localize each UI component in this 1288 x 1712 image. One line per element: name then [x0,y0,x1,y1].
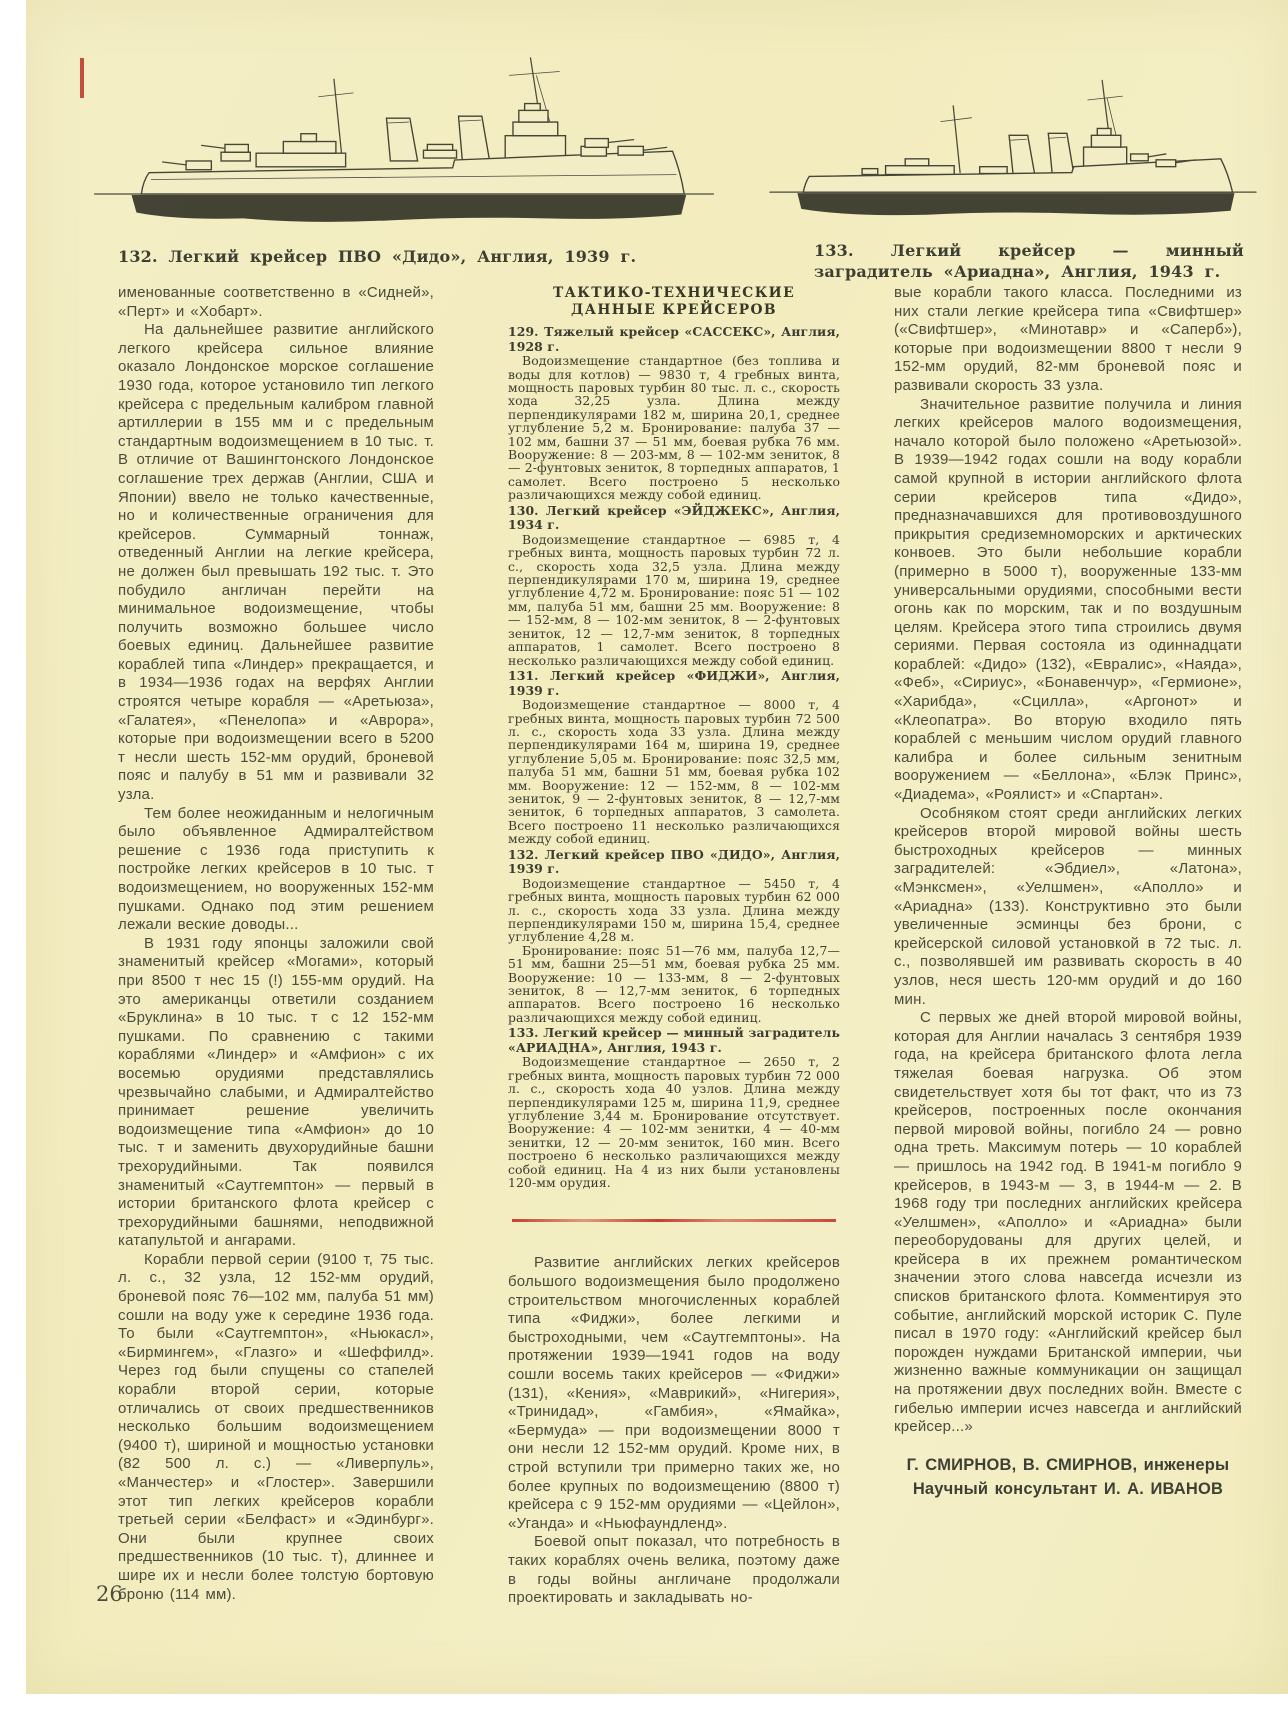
spec-entry-title-132: 132. Легкий крейсер ПВО «ДИДО», Англия, … [508,848,840,877]
paragraph: Тем более неожиданным и нелогичным было … [118,805,434,935]
spec-entry-body-131: Водоизмещение стандартное — 8000 т, 4 гр… [508,698,840,845]
paragraph: С первых же дней второй мировой войны, к… [894,1009,1242,1437]
spec-entry-body-129: Водоизмещение стандартное (без топлива и… [508,354,840,501]
paragraph: Значительное развитие получила и линия л… [894,396,1242,805]
authors-line: Г. СМИРНОВ, В. СМИРНОВ, инженеры [894,1453,1242,1477]
spec-entry-body-132: Водоизмещение стандартное — 5450 т, 4 гр… [508,877,840,944]
specs-section: ТАКТИКО-ТЕХНИЧЕСКИЕ ДАННЫЕ КРЕЙСЕРОВ 129… [508,285,840,1189]
spec-entry-body-133: Водоизмещение стандартное — 2650 т, 2 гр… [508,1055,840,1189]
figure-caption-133: 133. Легкий крейсер — минный заградитель… [814,240,1244,282]
paragraph: Особняком стоят среди английских легких … [894,805,1242,1010]
text-column-1: именованные соответственно в «Сидней», «… [118,284,434,1604]
authors-signature: Г. СМИРНОВ, В. СМИРНОВ, инженеры Научный… [894,1453,1242,1501]
text-column-3: вые корабли такого класса. Последними из… [894,284,1242,1501]
specs-heading-line2: ДАННЫЕ КРЕЙСЕРОВ [508,302,840,319]
figure-132: 132. Легкий крейсер ПВО «Дидо», Англия, … [84,52,734,267]
ship-drawing-minelayer-ariadne [768,72,1258,230]
section-divider [512,1219,836,1222]
consultant-line: Научный консультант И. А. ИВАНОВ [894,1477,1242,1501]
spec-entry-title-131: 131. Легкий крейсер «ФИДЖИ», Англия, 193… [508,669,840,698]
page-number: 26 [96,1582,123,1606]
ship-drawing-cruiser-dido [84,52,724,232]
spec-entry-body-130: Водоизмещение стандартное — 6985 т, 4 гр… [508,533,840,667]
paragraph: В 1931 году японцы заложили свой знамени… [118,935,434,1251]
magazine-page: 132. Легкий крейсер ПВО «Дидо», Англия, … [26,0,1288,1694]
paragraph: Развитие английских легких крейсеров бол… [508,1254,840,1533]
paragraph: вые корабли такого класса. Последними из… [894,284,1242,396]
paragraph: Боевой опыт показал, что потребность в т… [508,1533,840,1607]
text-column-2: ТАКТИКО-ТЕХНИЧЕСКИЕ ДАННЫЕ КРЕЙСЕРОВ 129… [508,283,840,1608]
paragraph: На дальнейшее развитие английского легко… [118,321,434,804]
paragraph: именованные соответственно в «Сидней», «… [118,284,434,321]
specs-heading: ТАКТИКО-ТЕХНИЧЕСКИЕ ДАННЫЕ КРЕЙСЕРОВ [508,285,840,319]
specs-heading-line1: ТАКТИКО-ТЕХНИЧЕСКИЕ [508,285,840,302]
spec-entry-body2-132: Бронирование: пояс 51—76 мм, палуба 12,7… [508,944,840,1024]
figure-caption-132: 132. Легкий крейсер ПВО «Дидо», Англия, … [118,246,658,267]
figure-133: 133. Легкий крейсер — минный заградитель… [768,72,1248,282]
paragraph: Корабли первой серии (9100 т, 75 тыс. л.… [118,1251,434,1604]
spec-entry-title-129: 129. Тяжелый крейсер «САССЕКС», Англия, … [508,325,840,354]
spec-entry-title-130: 130. Легкий крейсер «ЭЙДЖЕКС», Англия, 1… [508,504,840,533]
spec-entry-title-133: 133. Легкий крейсер — минный заградитель… [508,1026,840,1055]
